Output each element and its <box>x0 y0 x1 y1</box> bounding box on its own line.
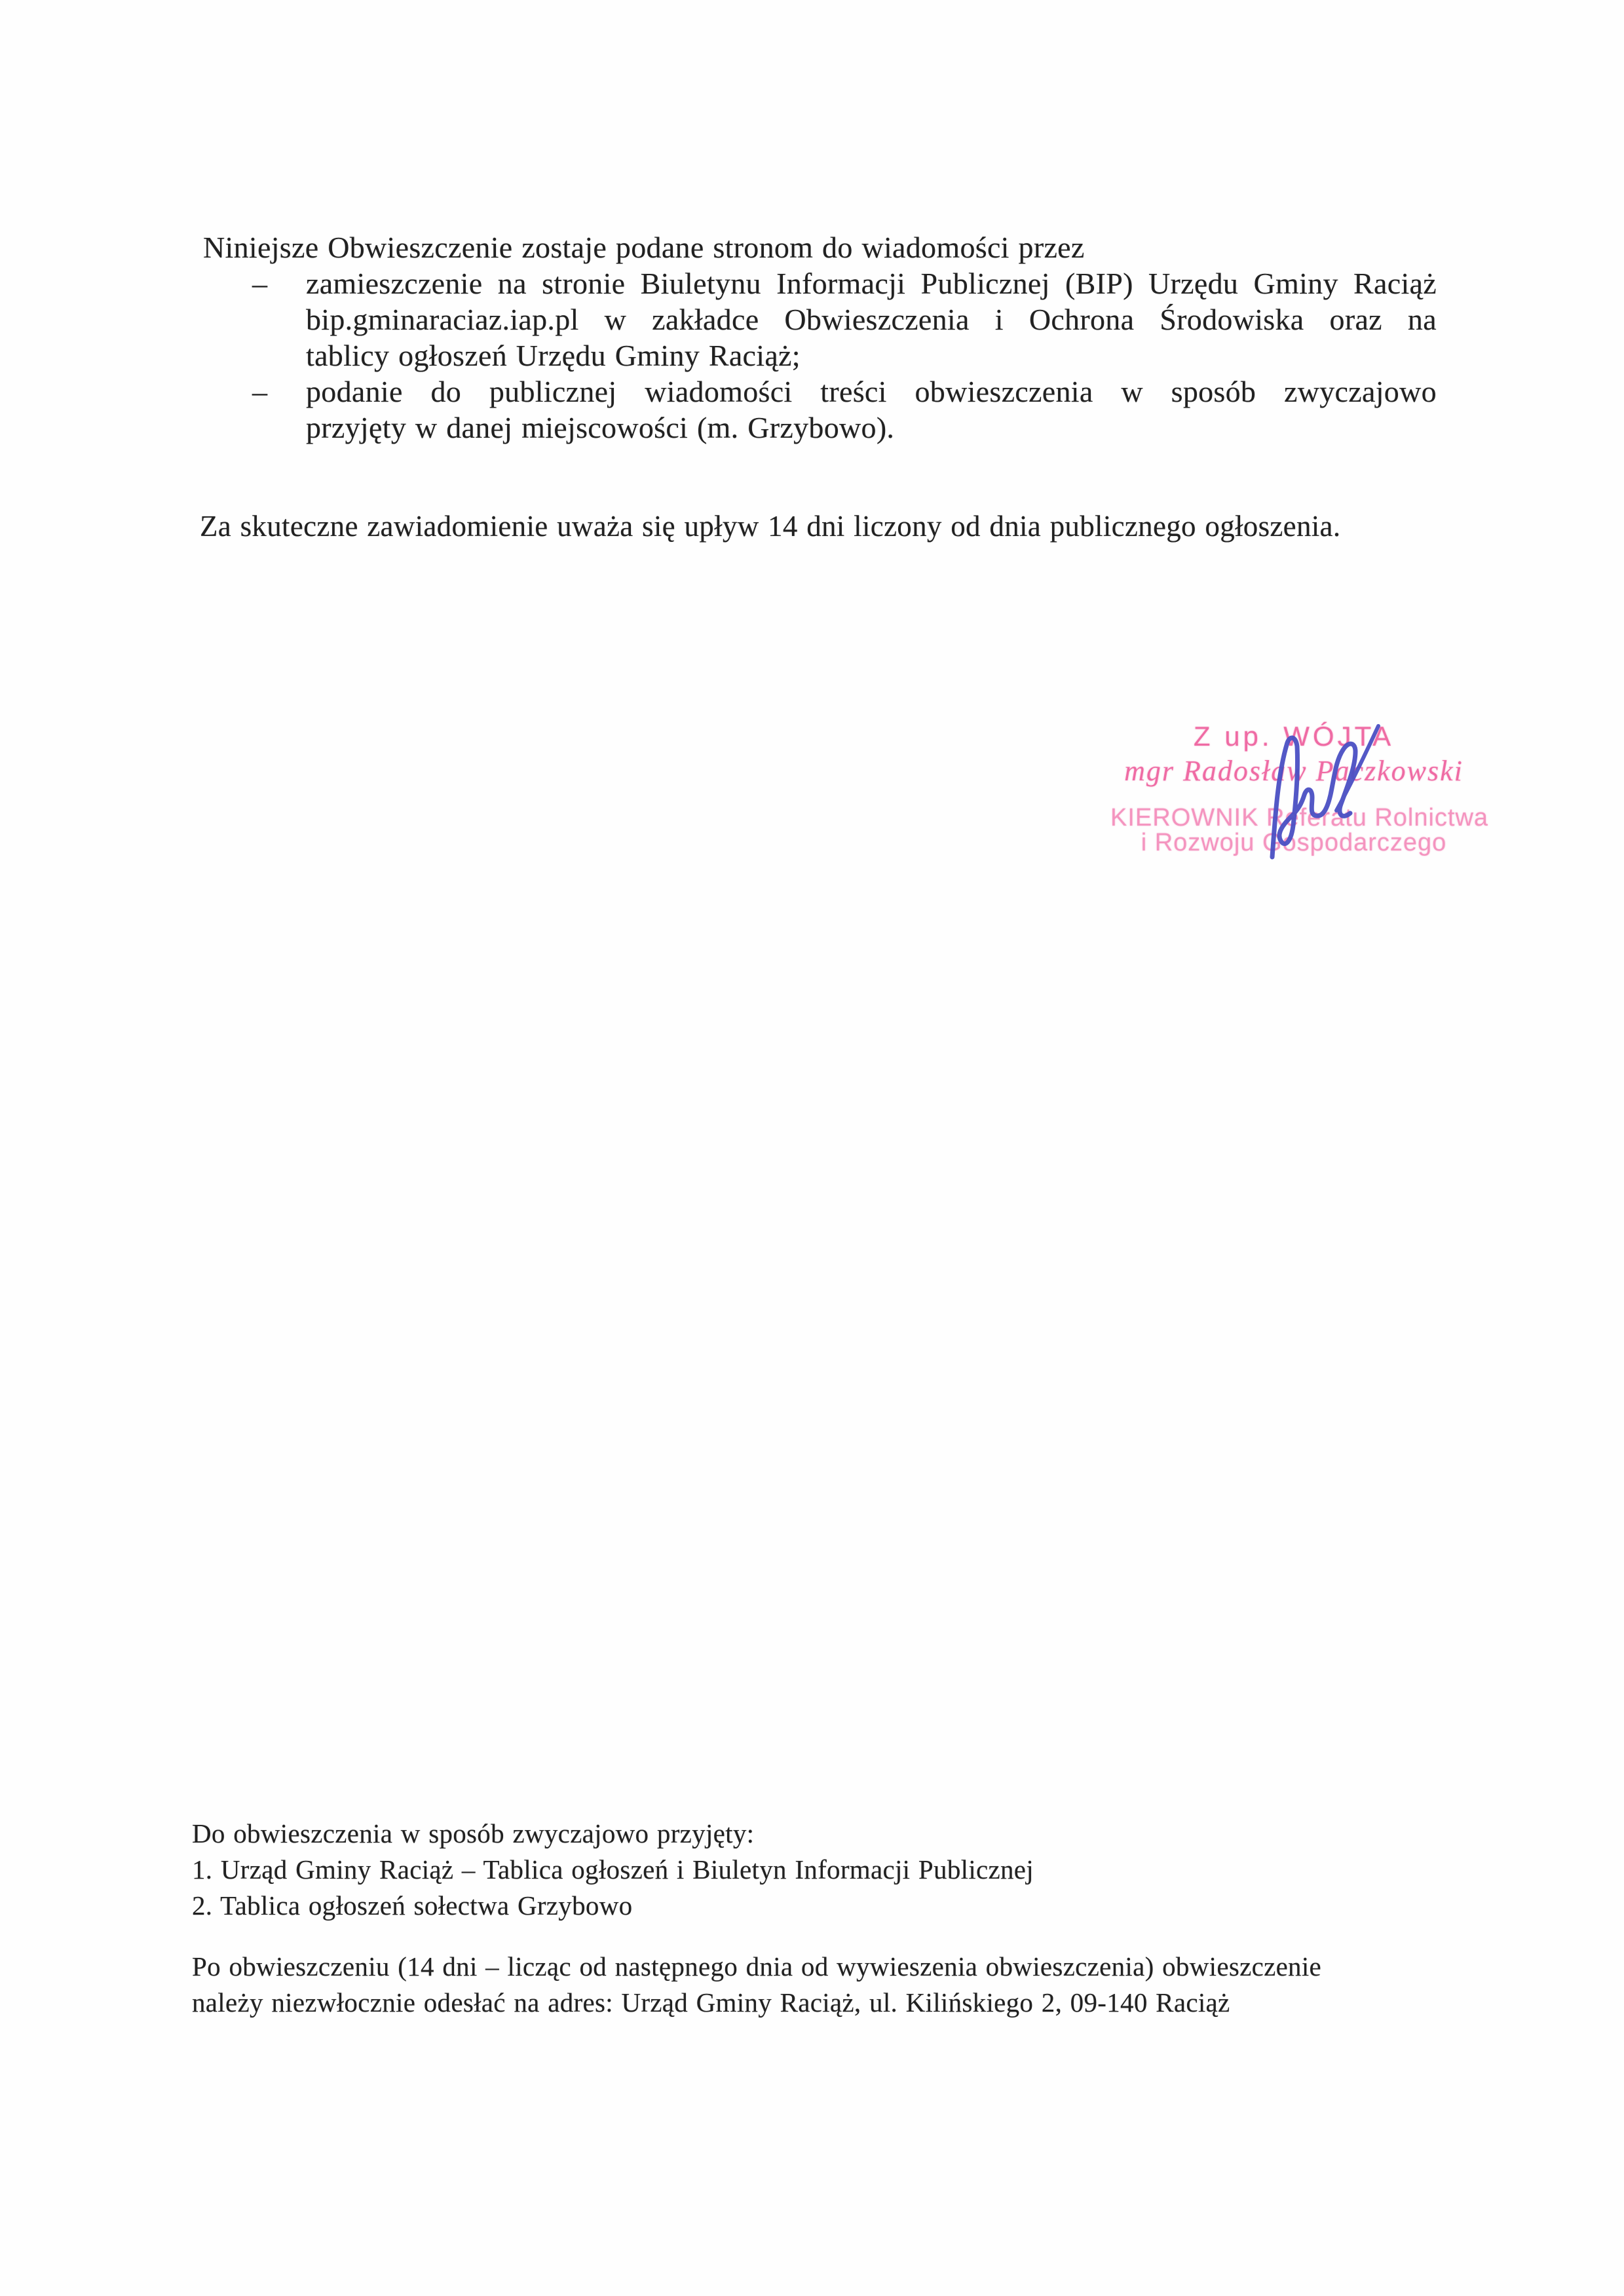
posting-info-item2: 2. Tablica ogłoszeń sołectwa Grzybowo <box>192 1890 632 1921</box>
posting-info-heading: Do obwieszczenia w sposób zwyczajowo prz… <box>192 1818 754 1849</box>
handwritten-signature <box>1258 711 1402 868</box>
bullet2-line2: przyjęty w danej miejscowości (m. Grzybo… <box>306 411 894 446</box>
return-note-line1: Po obwieszczeniu (14 dni – licząc od nas… <box>192 1951 1321 1982</box>
effective-notice-line: Za skuteczne zawiadomienie uważa się upł… <box>200 510 1340 544</box>
bullet2-line1: podaniedopublicznejwiadomościtreściobwie… <box>306 375 1437 410</box>
bullet1-line3: tablicy ogłoszeń Urzędu Gminy Raciąż; <box>306 339 801 373</box>
bullet-dash: – <box>252 267 292 301</box>
bullet1-line1: zamieszczenienastronieBiuletynuInformacj… <box>306 267 1437 301</box>
bullet-dash: – <box>252 375 292 410</box>
return-note-line2: należy niezwłocznie odesłać na adres: Ur… <box>192 1987 1230 2018</box>
signature-flourish-stroke <box>1336 726 1378 811</box>
posting-info-item1: 1. Urząd Gminy Raciąż – Tablica ogłoszeń… <box>192 1854 1034 1885</box>
notice-distribution-intro: Niniejsze Obwieszczenie zostaje podane s… <box>203 231 1448 265</box>
bullet1-line2: bip.gminaraciaz.iap.plwzakładceObwieszcz… <box>306 303 1437 337</box>
document-page: Niniejsze Obwieszczenie zostaje podane s… <box>0 0 1624 2296</box>
